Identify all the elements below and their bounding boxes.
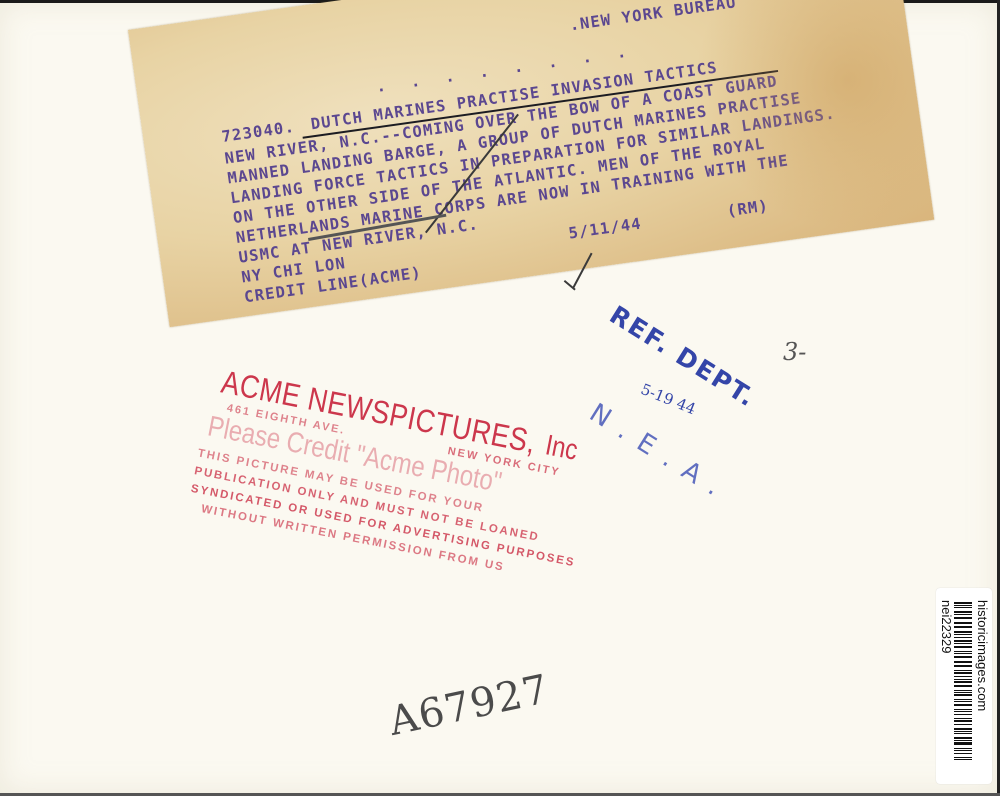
barcode-rotated: historicimages.com nei22329 bbox=[936, 588, 992, 784]
bureau-label: .NEW YORK BUREAU bbox=[568, 0, 737, 34]
caption-date: 5/11/44 bbox=[567, 214, 643, 242]
barcode-id: nei22329 bbox=[939, 600, 954, 654]
barcode-icon bbox=[954, 602, 972, 762]
acme-stamp-inc: Inc bbox=[542, 429, 580, 468]
pencil-note-corner: 3- bbox=[783, 338, 806, 366]
barcode-label: historicimages.com nei22329 bbox=[936, 588, 992, 784]
acme-stamp-line: SYNDICATED OR USED FOR ADVERTISING PURPO… bbox=[190, 483, 577, 569]
barcode-site: historicimages.com bbox=[975, 600, 990, 711]
caption-initials: (RM) bbox=[726, 197, 770, 221]
